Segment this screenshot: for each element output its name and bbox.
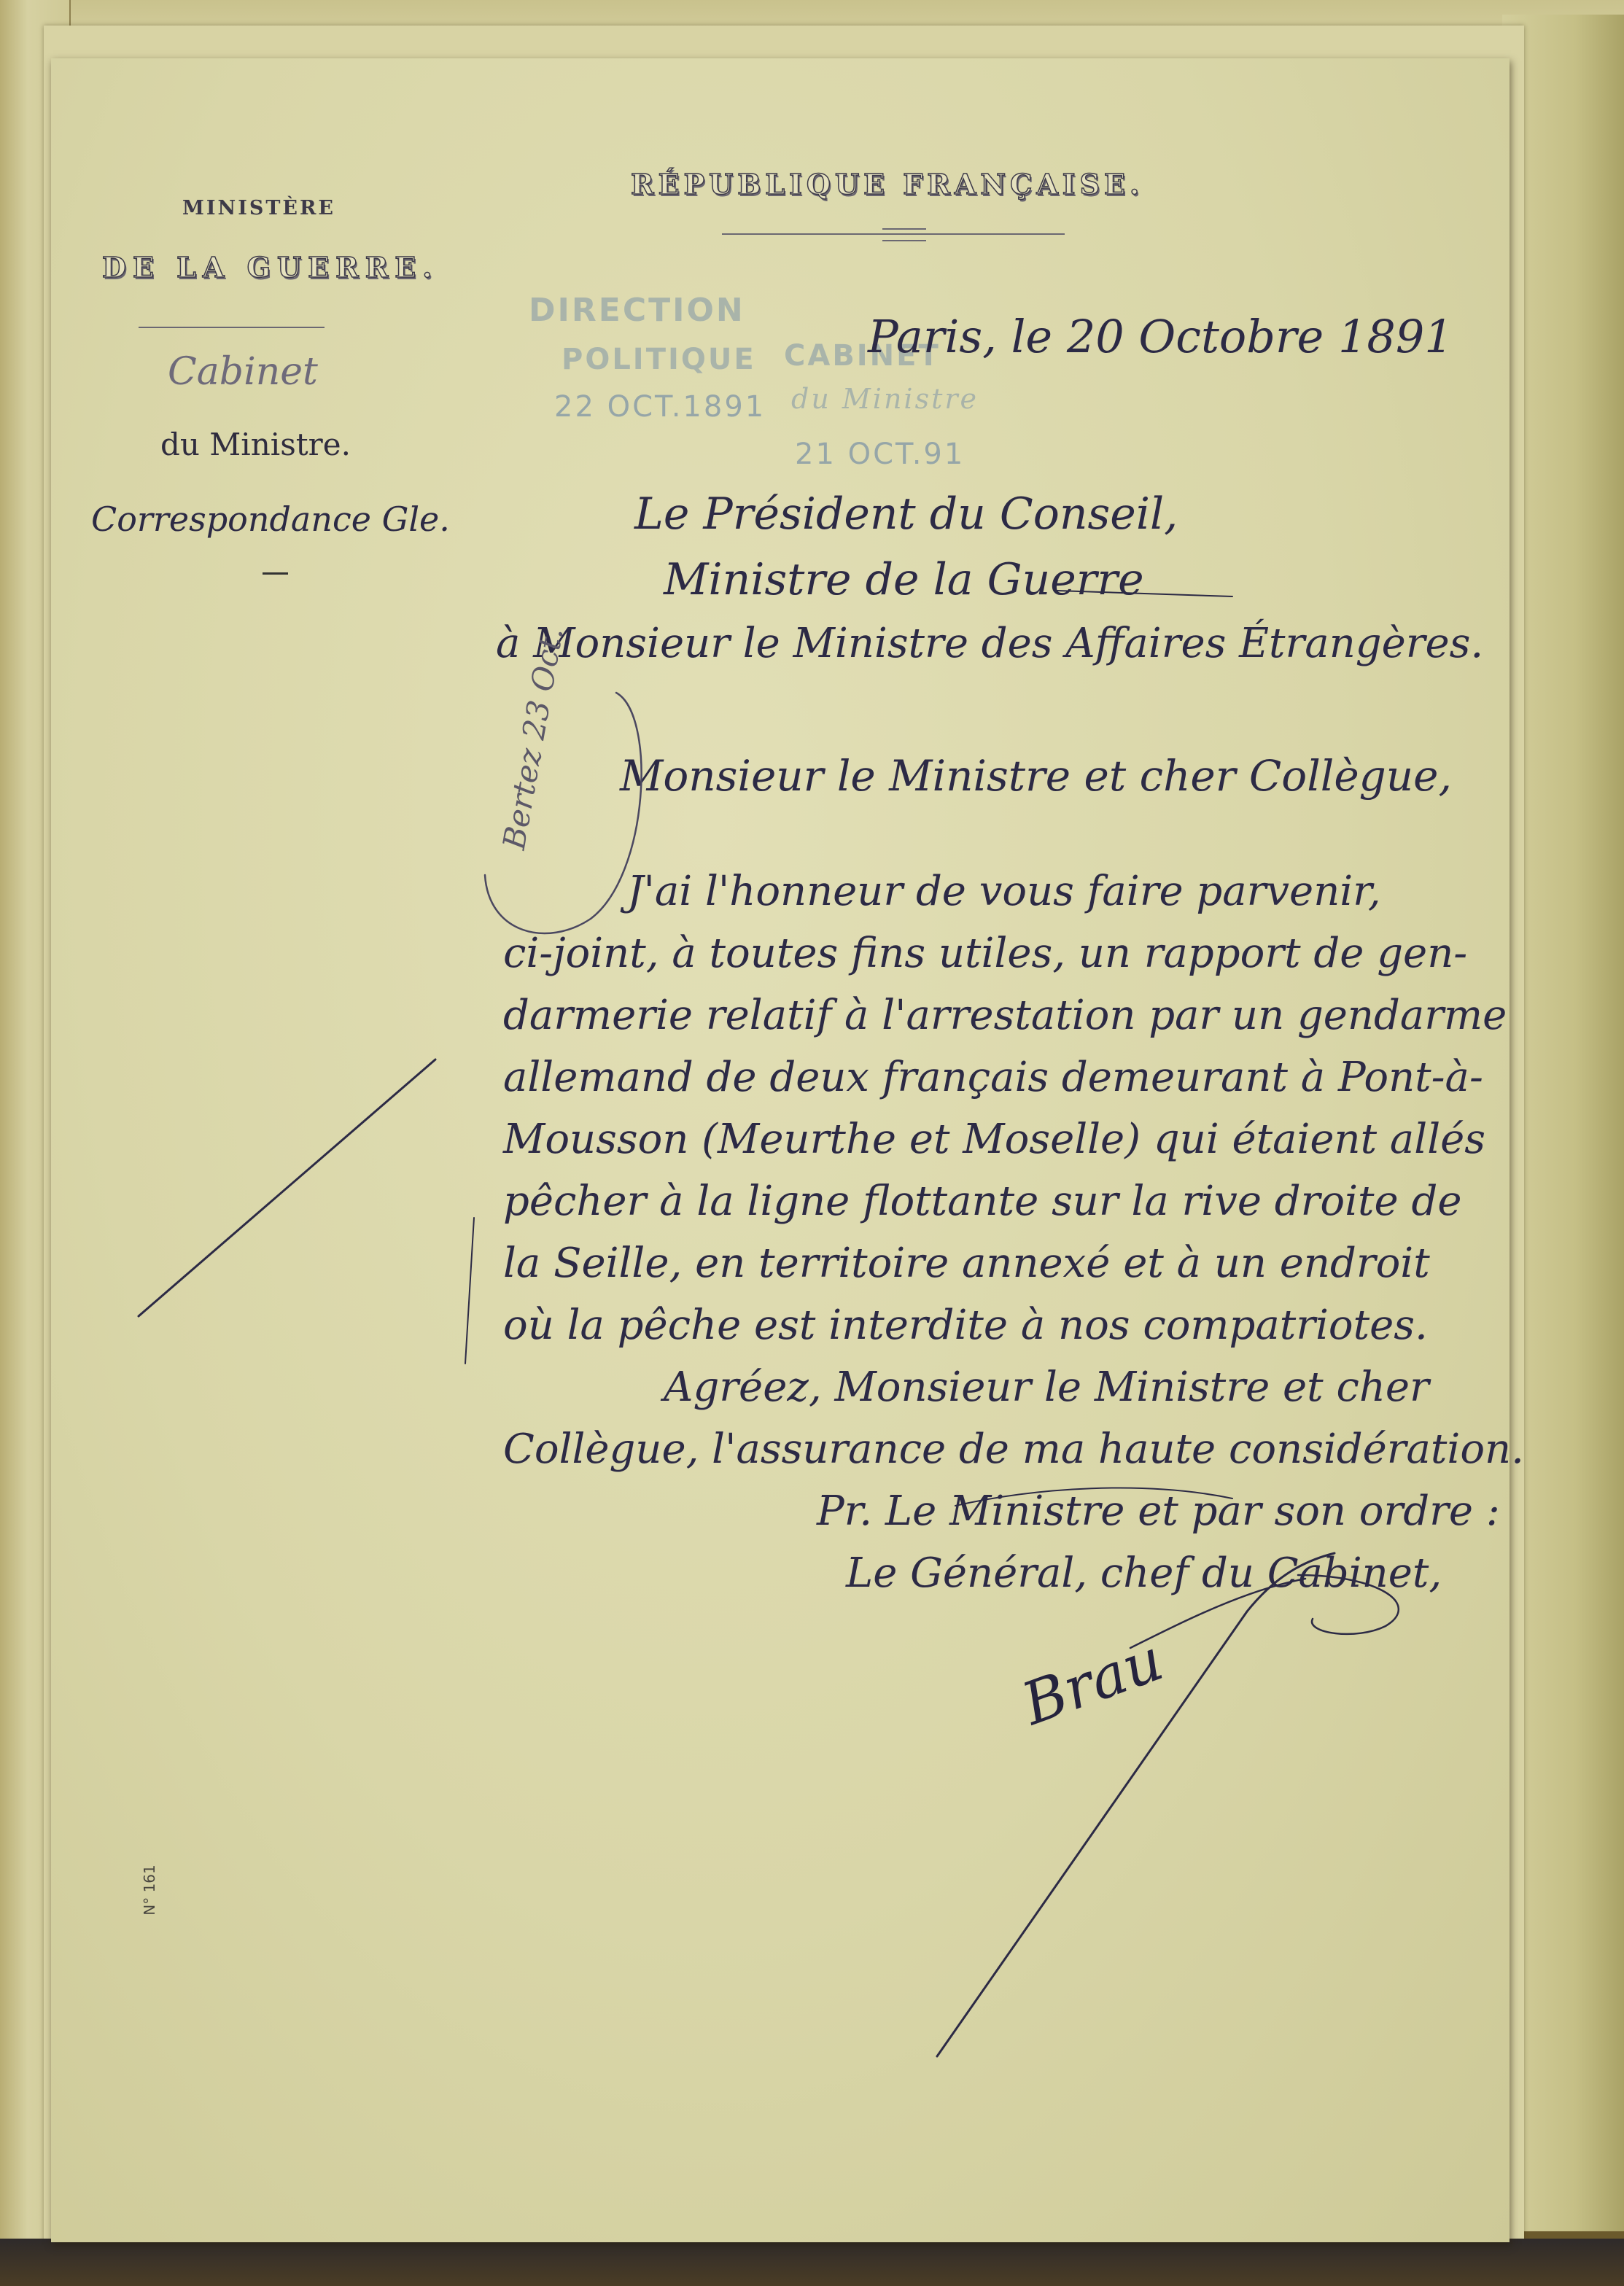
letter-sheet: MINISTÈRE DE LA GUERRE. RÉPUBLIQUE FRANÇ… bbox=[51, 58, 1510, 2242]
pen-strokes bbox=[51, 58, 1510, 2242]
scan-backdrop-bottom bbox=[0, 2239, 1624, 2286]
margin-diagonal-stroke bbox=[139, 1060, 435, 1316]
